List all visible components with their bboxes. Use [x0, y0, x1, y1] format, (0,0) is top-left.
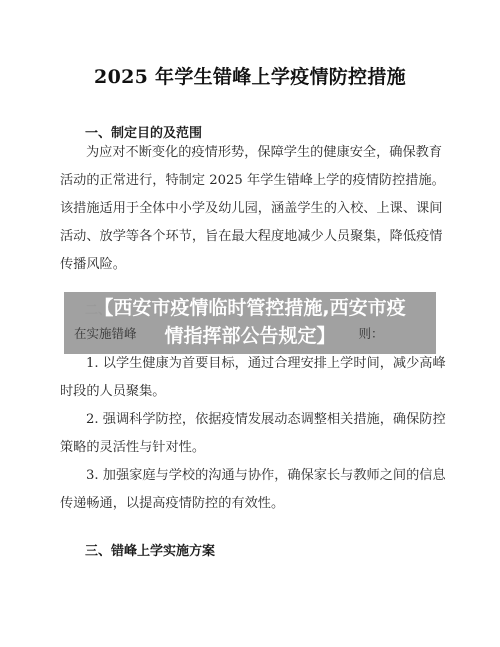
paragraph-line: 为应对不断变化的疫情形势，保障学生的健康安全，确保教育 — [60, 139, 450, 167]
list-item-3-line-2: 传递畅通，以提高疫情防控的有效性。 — [60, 490, 450, 518]
list-item-3-line-1: 3. 加强家庭与学校的沟通与协作，确保家长与教师之间的信息 — [60, 462, 450, 490]
paragraph-line: 该措施适用于全体中小学及幼儿园，涵盖学生的入校、上课、课间 — [60, 195, 450, 223]
section-heading-implementation-plan: 三、错峰上学实施方案 — [85, 540, 215, 559]
banner-line-2: 情指挥部公告规定】 — [64, 322, 436, 350]
paragraph-line: 活动、放学等各个环节，旨在最大程度地减少人员聚集，降低疫情 — [60, 223, 450, 251]
overlay-banner-text: 【西安市疫情临时管控措施,西安市疫 情指挥部公告规定】 — [64, 294, 436, 350]
list-item-1-line-2: 时段的人员聚集。 — [60, 378, 450, 406]
principles-list: 1. 以学生健康为首要目标，通过合理安排上学时间，减少高峰 时段的人员聚集。 2… — [60, 350, 450, 518]
paragraph-line: 传播风险。 — [60, 251, 450, 279]
section-purpose-paragraph: 为应对不断变化的疫情形势，保障学生的健康安全，确保教育 活动的正常进行，特制定 … — [60, 139, 450, 279]
document-page: 2025 年学生错峰上学疫情防控措施 一、制定目的及范围 为应对不断变化的疫情形… — [0, 0, 500, 647]
list-item-2-line-1: 2. 强调科学防控，依据疫情发展动态调整相关措施，确保防控 — [60, 406, 450, 434]
paragraph-line: 活动的正常进行，特制定 2025 年学生错峰上学的疫情防控措施。 — [60, 167, 450, 195]
banner-line-1: 【西安市疫情临时管控措施,西安市疫 — [64, 294, 436, 322]
list-item-2-line-2: 策略的灵活性与针对性。 — [60, 434, 450, 462]
document-title: 2025 年学生错峰上学疫情防控措施 — [0, 62, 500, 89]
list-item-1-line-1: 1. 以学生健康为首要目标，通过合理安排上学时间，减少高峰 — [60, 350, 450, 378]
